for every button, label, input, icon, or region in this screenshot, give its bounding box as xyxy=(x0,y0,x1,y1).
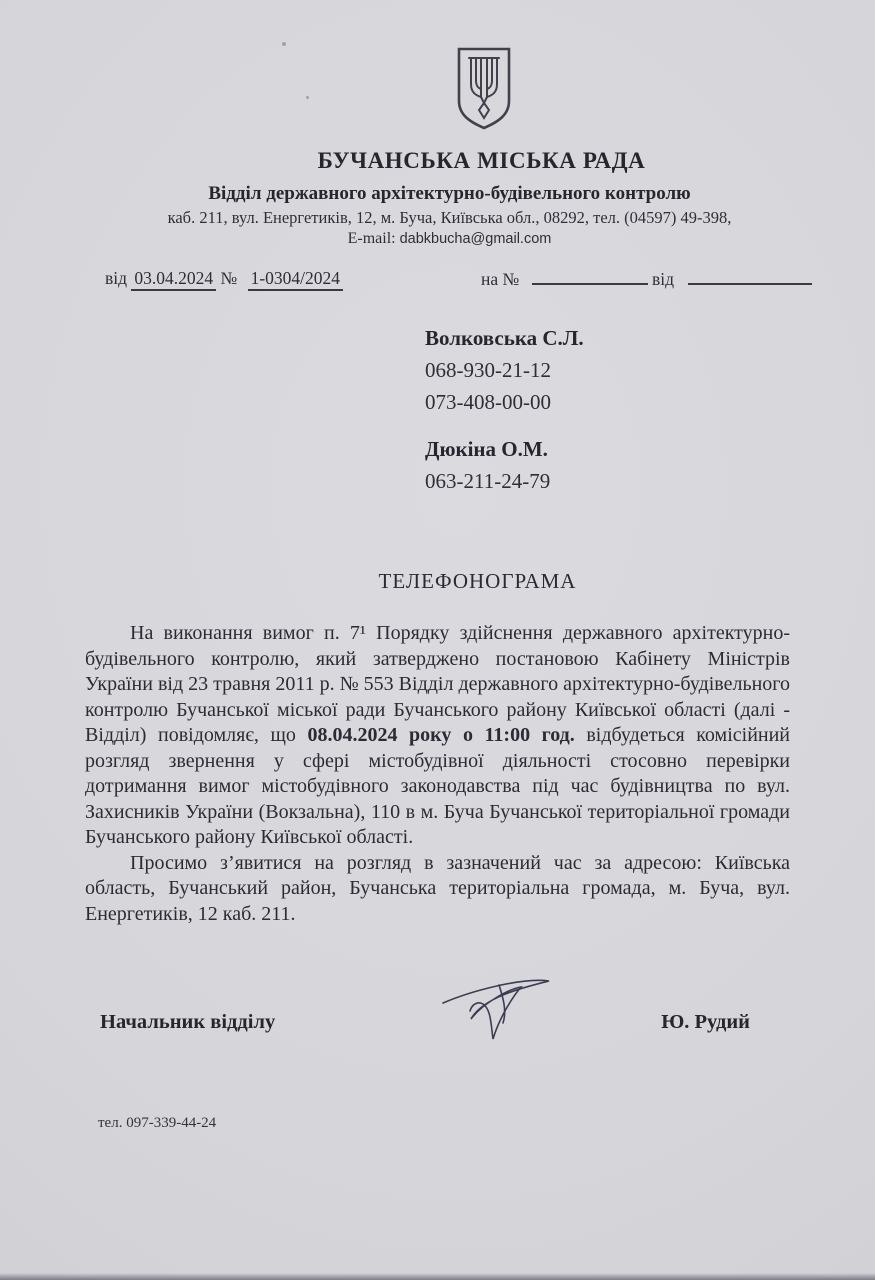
email-label: E-mail: xyxy=(348,230,396,247)
signer-position: Начальник відділу xyxy=(100,1011,275,1034)
recipients-block: Волковська С.Л. 068-930-21-12 073-408-00… xyxy=(425,322,790,497)
incoming-date-blank xyxy=(688,268,812,285)
incoming-number-blank xyxy=(532,268,648,285)
department-name: Відділ державного архітектурно-будівельн… xyxy=(97,183,802,205)
outgoing-number: 1-0304/2024 xyxy=(248,268,343,291)
recipient-phone: 063-211-24-79 xyxy=(425,465,790,497)
incoming-number-label: на № xyxy=(481,269,519,289)
recipient: Волковська С.Л. 068-930-21-12 073-408-00… xyxy=(425,322,790,418)
email-address: dabkbucha@gmail.com xyxy=(400,231,552,247)
handwritten-signature-icon xyxy=(437,971,557,1058)
body-paragraph-1: На виконання вимог п. 7¹ Порядку здійсне… xyxy=(85,621,790,851)
ukraine-trident-emblem-icon xyxy=(455,46,513,137)
recipient-name: Дюкіна О.М. xyxy=(425,433,790,465)
organization-name: БУЧАНСЬКА МІСЬКА РАДА xyxy=(129,148,834,174)
outgoing-date-label: від xyxy=(105,268,127,288)
outgoing-reference: від 03.04.2024 № 1-0304/2024 xyxy=(105,268,343,289)
number-sign: № xyxy=(221,268,238,288)
incoming-reference: на № від xyxy=(481,268,812,290)
signature-row: Начальник відділу Ю. Рудий xyxy=(85,983,790,1063)
document-page: БУЧАНСЬКА МІСЬКА РАДА Відділ державного … xyxy=(0,0,875,1280)
document-title: ТЕЛЕФОНОГРАМА xyxy=(125,569,830,594)
address-line: каб. 211, вул. Енергетиків, 12, м. Буча,… xyxy=(97,208,802,228)
signer-name: Ю. Рудий xyxy=(661,1011,750,1034)
meeting-datetime: 08.04.2024 року о 11:00 год. xyxy=(307,724,574,746)
incoming-date-label: від xyxy=(652,269,674,289)
document-body: На виконання вимог п. 7¹ Порядку здійсне… xyxy=(85,621,790,927)
recipient-name: Волковська С.Л. xyxy=(425,322,790,354)
scanned-document-photo: БУЧАНСЬКА МІСЬКА РАДА Відділ державного … xyxy=(0,0,875,1280)
recipient-phone: 068-930-21-12 xyxy=(425,354,790,386)
footer-phone: тел. 097-339-44-24 xyxy=(98,1115,790,1132)
reference-row: від 03.04.2024 № 1-0304/2024 на № від xyxy=(85,268,790,296)
email-line: E-mail: dabkbucha@gmail.com xyxy=(97,230,802,248)
recipient-phone: 073-408-00-00 xyxy=(425,386,790,418)
recipient: Дюкіна О.М. 063-211-24-79 xyxy=(425,433,790,497)
outgoing-date: 03.04.2024 xyxy=(131,268,216,291)
body-paragraph-2: Просимо з’явитися на розгляд в зазначени… xyxy=(85,851,790,928)
